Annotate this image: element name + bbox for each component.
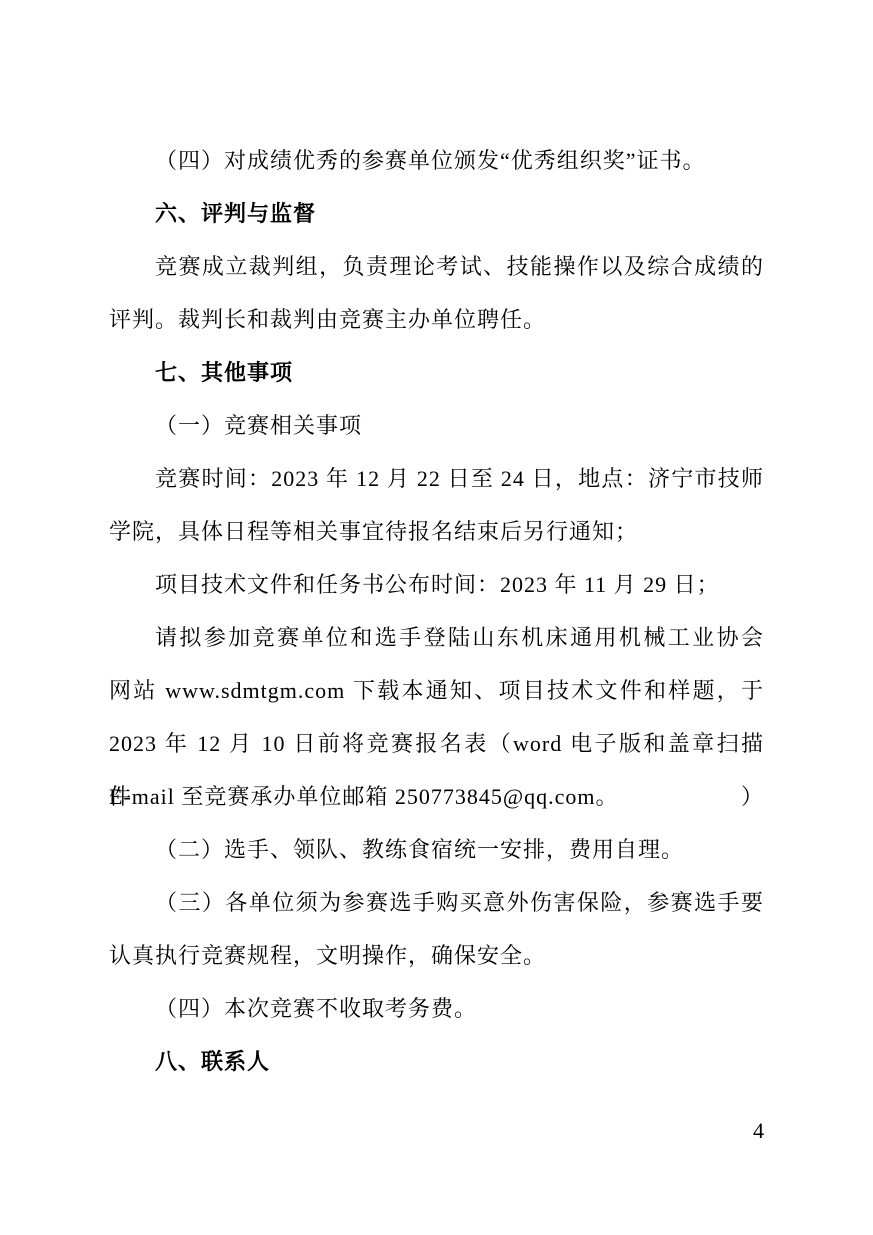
section-heading: 八、联系人 (109, 1035, 764, 1088)
body-text-line: 认真执行竞赛规程，文明操作，确保安全。 (109, 929, 764, 982)
body-text-line: 评判。裁判长和裁判由竞赛主办单位聘任。 (109, 293, 764, 346)
body-text-line: 2023 年 12 月 10 日前将竞赛报名表（word 电子版和盖章扫描件） (109, 717, 764, 770)
body-text-line: （四）本次竞赛不收取考务费。 (109, 982, 764, 1035)
section-heading: 六、评判与监督 (109, 187, 764, 240)
body-text-line: （三）各单位须为参赛选手购买意外伤害保险，参赛选手要 (109, 876, 764, 929)
body-text-line: （四）对成绩优秀的参赛单位颁发“优秀组织奖”证书。 (109, 134, 764, 187)
body-text-line: 网站 www.sdmtgm.com 下载本通知、项目技术文件和样题，于 (109, 664, 764, 717)
body-text-line: 项目技术文件和任务书公布时间：2023 年 11 月 29 日； (109, 558, 764, 611)
page-number: 4 (109, 1104, 764, 1157)
section-heading: 七、其他事项 (109, 346, 764, 399)
body-text-line: 竞赛成立裁判组，负责理论考试、技能操作以及综合成绩的 (109, 240, 764, 293)
body-text-line: 学院，具体日程等相关事宜待报名结束后另行通知； (109, 505, 764, 558)
body-text-line: （一）竞赛相关事项 (109, 399, 764, 452)
body-text-line: 请拟参加竞赛单位和选手登陆山东机床通用机械工业协会 (109, 611, 764, 664)
body-text-line: （二）选手、领队、教练食宿统一安排，费用自理。 (109, 823, 764, 876)
document-page: （四）对成绩优秀的参赛单位颁发“优秀组织奖”证书。六、评判与监督竞赛成立裁判组，… (0, 0, 873, 1235)
body-text-line: 竞赛时间：2023 年 12 月 22 日至 24 日，地点：济宁市技师 (109, 452, 764, 505)
document-body: （四）对成绩优秀的参赛单位颁发“优秀组织奖”证书。六、评判与监督竞赛成立裁判组，… (109, 134, 764, 1088)
